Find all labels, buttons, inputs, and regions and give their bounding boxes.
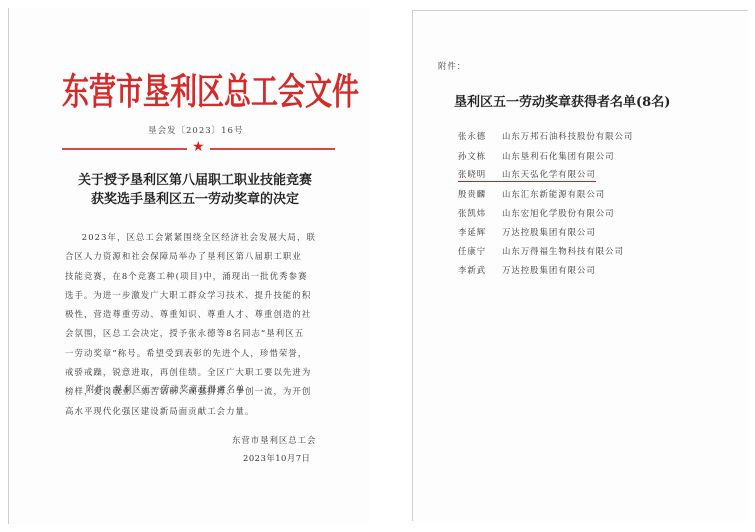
awardee-name: 李新武 xyxy=(458,264,498,276)
body-line: 合区人力资源和社会保障局举办了垦利区第八届职工职业 xyxy=(65,247,315,266)
awardee-row: 殷贵麟山东汇东新能源有限公司 xyxy=(458,188,605,200)
awardee-name: 张凯炜 xyxy=(458,207,498,219)
awardee-name: 任康宁 xyxy=(458,245,498,257)
signature-organization: 东营市垦利区总工会 xyxy=(232,434,316,446)
awardee-company: 万达控股集团有限公司 xyxy=(502,227,596,237)
awardee-company: 山东汇东新能源有限公司 xyxy=(502,189,605,199)
body-line: 一劳动奖章”称号。希望受到表彰的先进个人，珍惜荣誉， xyxy=(65,344,315,363)
body-line: 戒骄戒躁，锐意进取，再创佳绩。全区广大职工要以先进为 xyxy=(65,363,315,382)
awardee-company: 万达控股集团有限公司 xyxy=(502,265,596,275)
document-header-title: 东营市垦利区总工会文件 xyxy=(62,62,322,115)
document-number: 垦会发〔2023〕16号 xyxy=(148,124,243,136)
awardee-name: 孙文栋 xyxy=(458,150,498,162)
body-line: 技能竞赛，在8个竞赛工种(项目)中，涌现出一批优秀参赛 xyxy=(65,267,315,286)
awardee-row: 张凯炜山东宏旭化学股份有限公司 xyxy=(458,207,615,219)
decision-title: 关于授予垦利区第八届职工职业技能竞赛 获奖选手垦利区五一劳动奖章的决定 xyxy=(40,171,350,209)
awardee-name: 李延辉 xyxy=(458,226,498,238)
awardee-company: 山东万邦石油科技股份有限公司 xyxy=(502,131,633,141)
awardee-company: 山东垦利石化集团有限公司 xyxy=(502,151,615,161)
awardee-row: 孙文栋山东垦利石化集团有限公司 xyxy=(458,150,615,162)
awardee-row: 李新武万达控股集团有限公司 xyxy=(458,264,596,276)
awardee-name: 殷贵麟 xyxy=(458,188,498,200)
awardee-company: 山东宏旭化学股份有限公司 xyxy=(502,208,615,218)
decision-title-line: 获奖选手垦利区五一劳动奖章的决定 xyxy=(40,190,350,209)
awardee-list-title: 垦利区五一劳动奖章获得者名单(8名) xyxy=(454,91,670,110)
body-line: 高水平现代化强区建设新局面贡献工会力量。 xyxy=(65,402,315,421)
body-line: 会氛围，区总工会决定，授予张永德等8名同志“垦利区五 xyxy=(65,324,315,343)
star-icon: ★ xyxy=(192,139,205,155)
body-line: 选手。为进一步激发广大职工群众学习技术、提升技能的积 xyxy=(65,286,315,305)
attachment-reference: 附件：垦利区五一劳动奖章获得者名单 xyxy=(86,383,245,395)
awardee-row-highlighted: 张晓明山东天弘化学有限公司 xyxy=(458,168,596,182)
awardee-company: 山东万得福生物科技有限公司 xyxy=(502,246,624,256)
attachment-label: 附件： xyxy=(438,60,466,72)
signature-date: 2023年10月7日 xyxy=(243,452,310,464)
awardee-name: 张永德 xyxy=(458,130,498,142)
body-line: 极性，营造尊重劳动、尊重知识、尊重人才、尊重创造的社 xyxy=(65,305,315,324)
awardee-row: 李延辉万达控股集团有限公司 xyxy=(458,226,596,238)
awardee-name: 张晓明 xyxy=(458,168,498,180)
red-divider-left xyxy=(62,148,187,150)
awardee-row: 任康宁山东万得福生物科技有限公司 xyxy=(458,245,624,257)
awardee-row: 张永德山东万邦石油科技股份有限公司 xyxy=(458,130,633,142)
red-divider-right xyxy=(210,148,335,150)
awardee-company: 山东天弘化学有限公司 xyxy=(502,169,596,179)
decision-title-line: 关于授予垦利区第八届职工职业技能竞赛 xyxy=(40,171,350,190)
body-line: 2023年，区总工会紧紧围绕全区经济社会发展大局，联 xyxy=(65,228,315,247)
